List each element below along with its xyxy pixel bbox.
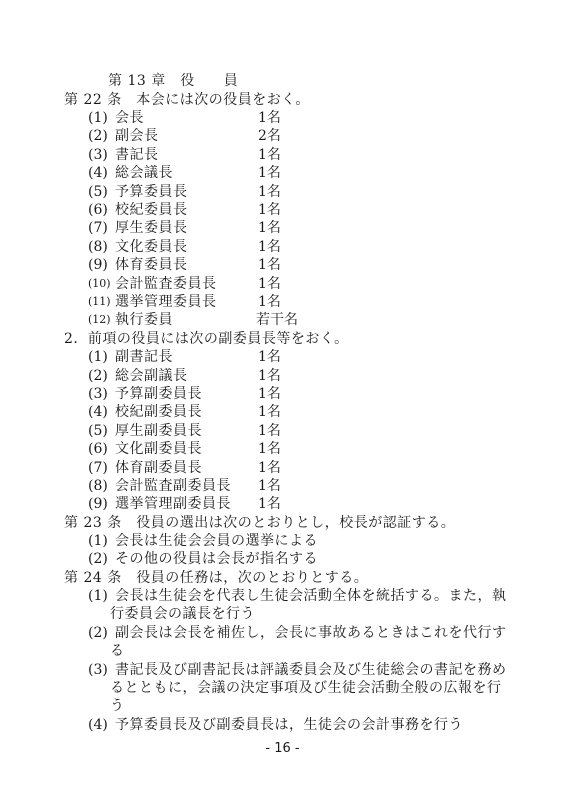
item-number: (9) <box>88 495 108 513</box>
item-number: (2) <box>88 367 108 385</box>
item-number: (7) <box>88 219 108 237</box>
item-label: 選挙管理委員長 <box>115 293 217 311</box>
item-number: (6) <box>88 440 108 458</box>
item-number: (2) <box>88 624 108 642</box>
item-count: 1名 <box>258 219 281 237</box>
item-number: (4) <box>88 716 108 734</box>
item-number: (3) <box>88 661 108 679</box>
item-label: 執行委員 <box>115 311 173 329</box>
item-text-line: るとともに，会議の決定事項及び生徒会活動全般の広報を行 <box>110 679 502 697</box>
article-23-title: 第 23 条 役員の選出は次のとおりとし，校長が認証する。 <box>64 514 455 532</box>
item-number: (1) <box>88 587 108 605</box>
chapter-heading: 第 13 章 役 員 <box>108 72 238 90</box>
item-count: 1名 <box>258 146 281 164</box>
item-label: 副書記長 <box>115 348 173 366</box>
item-count: 若干名 <box>256 311 298 329</box>
item-count: 1名 <box>258 275 281 293</box>
item-count: 1名 <box>258 385 281 403</box>
item-count: 1名 <box>258 477 281 495</box>
item-text-line: 予算委員長及び副委員長は，生徒会の会計事務を行う <box>115 716 463 734</box>
item-label: 会計監査委員長 <box>115 275 217 293</box>
item-text: 会長は生徒会会員の選挙による <box>115 532 318 550</box>
item-text-line: 行委員会の議長を行う <box>110 605 255 623</box>
item-number: (3) <box>88 385 108 403</box>
item-label: 文化委員長 <box>115 238 188 256</box>
item-count: 1名 <box>258 183 281 201</box>
item-label: 予算委員長 <box>115 183 188 201</box>
item-label: 体育委員長 <box>115 256 188 274</box>
item-text-line: る <box>110 642 125 660</box>
item-number: (6) <box>88 201 108 219</box>
item-number: (7) <box>88 459 108 477</box>
item-count: 1名 <box>258 422 281 440</box>
item-number: (1) <box>88 532 108 550</box>
article-24-title: 第 24 条 役員の任務は，次のとおりとする。 <box>64 569 368 587</box>
item-text: その他の役員は会長が指名する <box>115 550 318 568</box>
item-label: 副会長 <box>115 127 159 145</box>
item-number: (3) <box>88 146 108 164</box>
item-number: (2) <box>88 127 108 145</box>
item-count: 2名 <box>258 127 281 145</box>
item-count: 1名 <box>258 293 281 311</box>
item-count: 1名 <box>258 348 281 366</box>
item-count: 1名 <box>258 403 281 421</box>
item-count: 1名 <box>258 440 281 458</box>
item-label: 厚生副委員長 <box>115 422 202 440</box>
item-number: (8) <box>88 238 108 256</box>
item-number: (11) <box>88 293 111 311</box>
item-number: (5) <box>88 422 108 440</box>
item-count: 1名 <box>258 459 281 477</box>
item-label: 総会副議長 <box>115 367 188 385</box>
page-number: - 16 - <box>0 741 565 756</box>
item-label: 選挙管理副委員長 <box>115 495 231 513</box>
item-label: 書記長 <box>115 146 159 164</box>
item-count: 1名 <box>258 109 281 127</box>
item-label: 文化副委員長 <box>115 440 202 458</box>
item-number: (9) <box>88 256 108 274</box>
item-label: 体育副委員長 <box>115 459 202 477</box>
item-number: (12) <box>88 311 111 329</box>
item-number: (5) <box>88 183 108 201</box>
item-count: 1名 <box>258 495 281 513</box>
item-number: (4) <box>88 164 108 182</box>
item-label: 予算副委員長 <box>115 385 202 403</box>
item-count: 1名 <box>258 201 281 219</box>
item-label: 校紀委員長 <box>115 201 188 219</box>
item-label: 厚生委員長 <box>115 219 188 237</box>
item-label: 総会議長 <box>115 164 173 182</box>
item-number: (10) <box>88 275 111 293</box>
item-text-line: 副会長は会長を補佐し，会長に事故あるときはこれを代行す <box>115 624 507 642</box>
item-label: 会長 <box>115 109 144 127</box>
item-count: 1名 <box>258 238 281 256</box>
item-number: (8) <box>88 477 108 495</box>
item-text-line: 会長は生徒会を代表し生徒会活動全体を統括する。また，執 <box>115 587 507 605</box>
item-number: (1) <box>88 109 108 127</box>
item-number: (2) <box>88 550 108 568</box>
item-label: 会計監査副委員長 <box>115 477 231 495</box>
item-number: (1) <box>88 348 108 366</box>
item-count: 1名 <box>258 164 281 182</box>
article-22-title: 第 22 条 本会には次の役員をおく。 <box>64 91 310 109</box>
document-page: 第 13 章 役 員 第 22 条 本会には次の役員をおく。 (1) 会長 1名… <box>0 0 565 800</box>
item-text-line: 書記長及び副書記長は評議委員会及び生徒総会の書記を務め <box>115 661 507 679</box>
item-text-line: う <box>110 697 125 715</box>
item-number: (4) <box>88 403 108 421</box>
item-count: 1名 <box>258 256 281 274</box>
item-count: 1名 <box>258 367 281 385</box>
item-label: 校紀副委員長 <box>115 403 202 421</box>
article-22-paragraph-2: 2．前項の役員には次の副委員長等をおく。 <box>64 330 349 348</box>
